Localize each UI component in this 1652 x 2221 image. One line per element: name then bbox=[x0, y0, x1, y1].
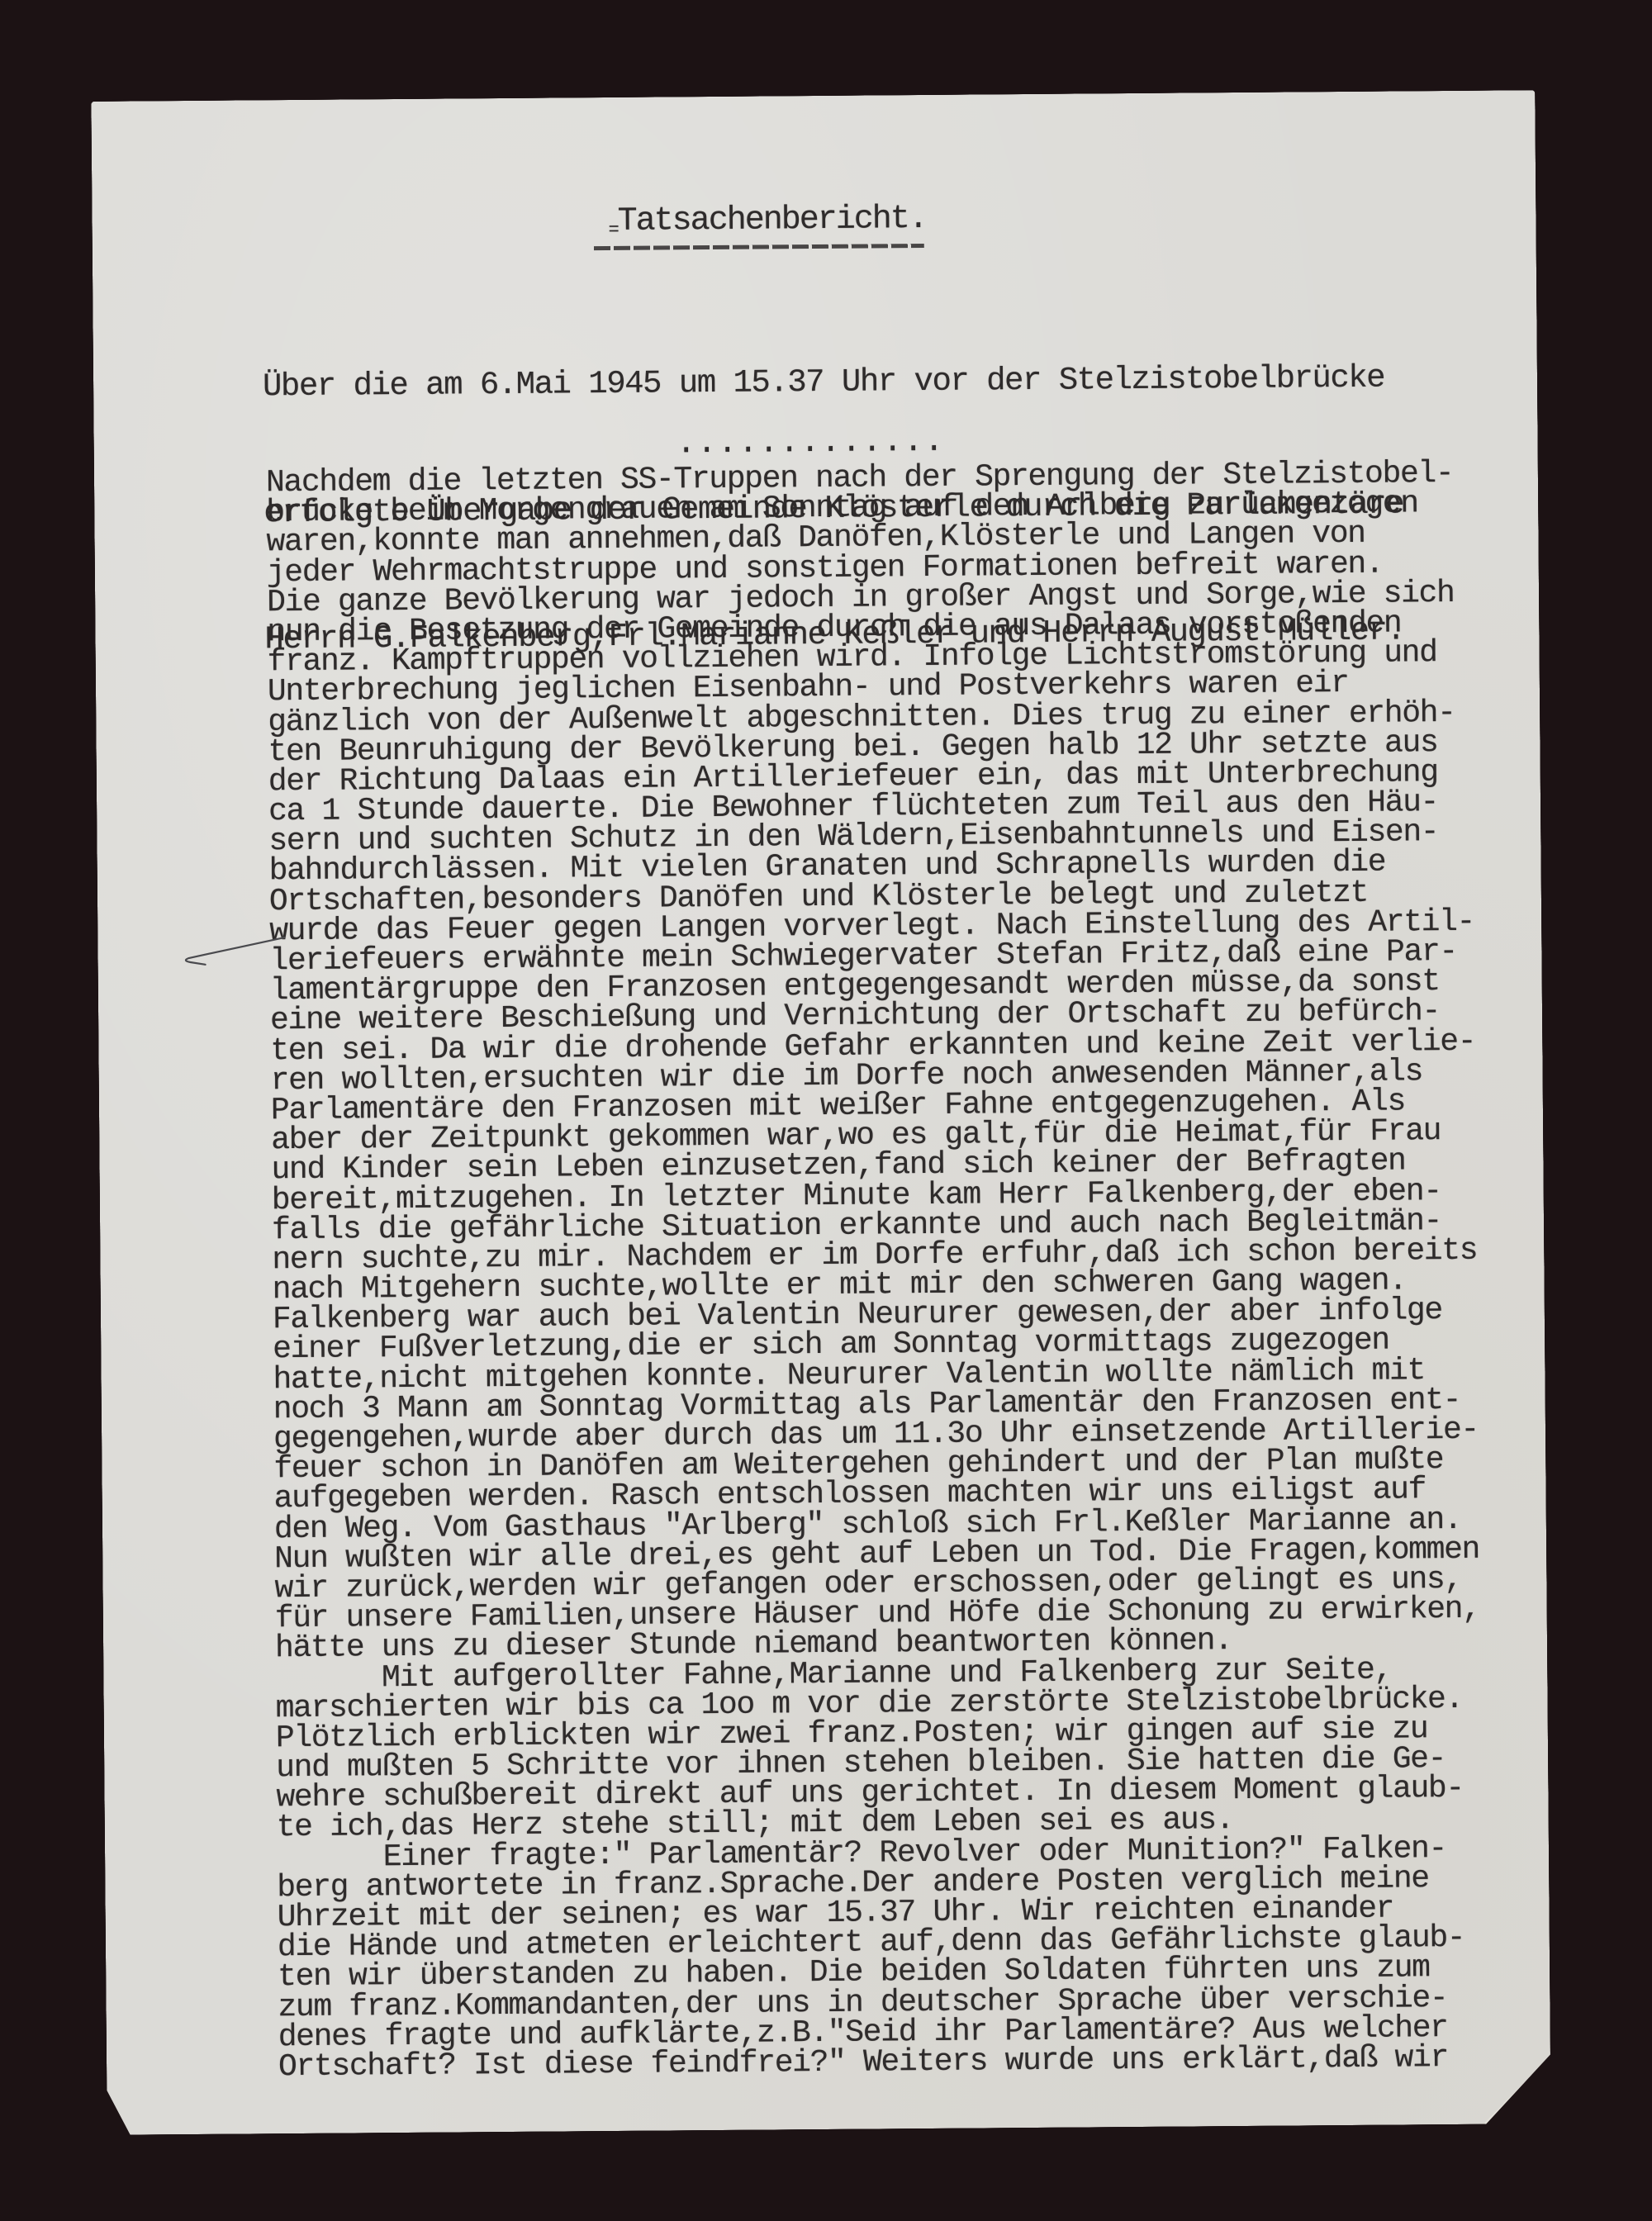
separator-dots: ............. bbox=[676, 424, 944, 463]
document-title: =Tatsachenbericht. bbox=[608, 201, 927, 240]
title-period: . bbox=[909, 201, 927, 238]
folded-corner bbox=[1484, 2054, 1551, 2124]
typed-document-page: =Tatsachenbericht. Über die am 6.Mai 194… bbox=[91, 90, 1550, 2135]
body-line: Ortschaft? Ist diese feindfrei?" Weiters… bbox=[278, 2043, 1483, 2083]
intro-line: Über die am 6.Mai 1945 um 15.37 Uhr vor … bbox=[263, 357, 1403, 408]
body-text: Nachdem die letzten SS-Truppen nach der … bbox=[266, 459, 1483, 2083]
margin-pen-mark-icon bbox=[178, 933, 286, 975]
title-prefix-mark: = bbox=[609, 220, 618, 240]
title-text: Tatsachenbericht bbox=[618, 201, 909, 240]
title-underline bbox=[594, 244, 924, 250]
